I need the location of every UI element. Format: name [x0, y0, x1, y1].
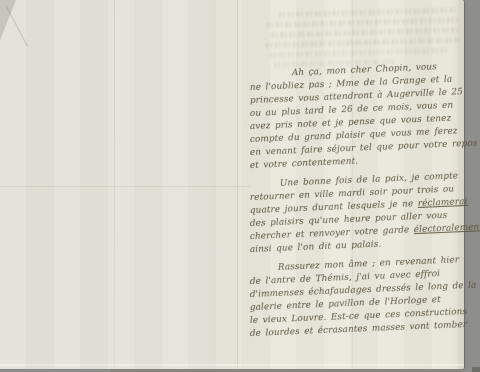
- paper-corner-crease: [6, 6, 28, 47]
- ink-showthrough-line: [266, 37, 460, 47]
- handwriting-text: et votre contentement.: [250, 156, 359, 171]
- fold-line-vertical-left: [114, 0, 115, 369]
- paper-bottom-edge: [0, 364, 464, 366]
- handwritten-letter-text: Ah ça, mon cher Chopin, vousne l'oubliez…: [250, 69, 462, 341]
- handwriting-underlined-word: réclamerai: [418, 197, 468, 209]
- fold-line-horizontal-left: [0, 186, 250, 187]
- ink-showthrough-line: [279, 7, 457, 17]
- ink-showthrough-line: [267, 17, 459, 27]
- handwriting-underlined-word: électoralement: [414, 222, 480, 235]
- scanned-letter-image: Ah ça, mon cher Chopin, vousne l'oubliez…: [0, 0, 480, 372]
- letter-sheet: Ah ça, mon cher Chopin, vousne l'oubliez…: [0, 0, 464, 369]
- ink-showthrough-line: [270, 48, 450, 58]
- fold-line-center-gutter: [237, 0, 238, 369]
- ink-showthrough-line: [272, 27, 460, 37]
- sheet-bottom-corner-shadow: [472, 367, 480, 372]
